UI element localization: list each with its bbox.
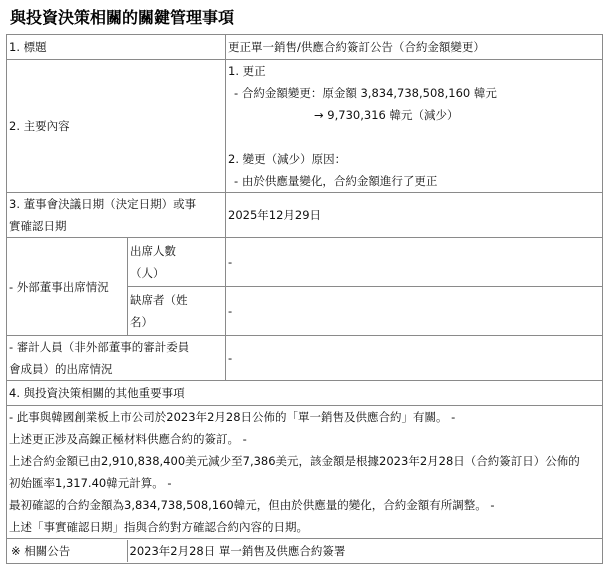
attendees-count-value: - (226, 238, 603, 287)
absentees-label-line1: 缺席者（姓 (130, 289, 223, 311)
related-announcement-table: ※ 相關公告 2023年2月28日 單一銷售及供應合約簽署 (7, 540, 602, 562)
table-row-auditor-attendance: - 審計人員（非外部董事的審計委員 會成員）的出席情況 - (7, 336, 603, 381)
auditor-attendance-value: - (226, 336, 603, 381)
content-line: - 由於供應量變化，合約金額進行了更正 (228, 170, 600, 192)
content-line: 2. 變更（減少）原因： (228, 148, 600, 170)
other-matters-body: - 此事與韓國創業板上市公司於2023年2月28日公佈的「單一銷售及供應合約」有… (7, 406, 603, 539)
content-line: - 合約金額變更：原金額 3,834,738,508,160 韓元 (228, 82, 600, 104)
attendees-label-line1: 出席人數 (130, 240, 223, 262)
absentees-label: 缺席者（姓 名） (128, 287, 226, 336)
other-matters-line: 初始匯率1,317.40韓元計算。 - (9, 472, 600, 494)
page-title: 與投資決策相關的關鍵管理事項 (10, 5, 234, 28)
board-date-label: 3. 董事會決議日期（決定日期）或事 實確認日期 (7, 193, 226, 238)
other-matters-line: - 此事與韓國創業板上市公司於2023年2月28日公佈的「單一銷售及供應合約」有… (9, 406, 600, 428)
table-row-other-matters-heading: 4. 與投資決策相關的其他重要事項 (7, 381, 603, 406)
other-matters-line: 最初確認的合約金額為3,834,738,508,160韓元，但由於供應量的變化，… (9, 494, 600, 516)
main-content-label: 2. 主要內容 (7, 60, 226, 193)
other-matters-heading: 4. 與投資決策相關的其他重要事項 (7, 381, 603, 406)
related-announcement-value: 2023年2月28日 單一銷售及供應合約簽署 (127, 540, 602, 562)
auditor-label-line1: - 審計人員（非外部董事的審計委員 (9, 336, 223, 358)
title-label: 1. 標題 (7, 35, 226, 60)
table-row-other-matters-body: - 此事與韓國創業板上市公司於2023年2月28日公佈的「單一銷售及供應合約」有… (7, 406, 603, 539)
table-row-main-content: 2. 主要內容 1. 更正 - 合約金額變更：原金額 3,834,738,508… (7, 60, 603, 193)
board-date-label-line2: 實確認日期 (9, 215, 223, 237)
board-date-label-line1: 3. 董事會決議日期（決定日期）或事 (9, 193, 223, 215)
related-announcement-label: ※ 相關公告 (7, 540, 127, 562)
table-row-outside-directors-present: - 外部董事出席情況 出席人數 （人） - (7, 238, 603, 287)
absentees-label-line2: 名） (130, 311, 223, 333)
other-matters-line: 上述合約金額已由2,910,838,400美元減少至7,386美元，該金額是根據… (9, 450, 600, 472)
other-matters-line: 上述「事實確認日期」指與合約對方確認合約內容的日期。 (9, 516, 600, 538)
content-line: → 9,730,316 韓元（減少） (228, 104, 600, 126)
table-row-title: 1. 標題 更正單一銷售/供應合約簽訂公告（合約金額變更） (7, 35, 603, 60)
attendees-label-line2: （人） (130, 262, 223, 284)
auditor-label-line2: 會成員）的出席情況 (9, 358, 223, 380)
table-row-board-date: 3. 董事會決議日期（決定日期）或事 實確認日期 2025年12月29日 (7, 193, 603, 238)
title-value: 更正單一銷售/供應合約簽訂公告（合約金額變更） (226, 35, 603, 60)
content-blank-line (228, 126, 600, 148)
board-date-value: 2025年12月29日 (226, 193, 603, 238)
outside-directors-label: - 外部董事出席情況 (7, 238, 128, 336)
content-line: 1. 更正 (228, 60, 600, 82)
disclosure-table: 1. 標題 更正單一銷售/供應合約簽訂公告（合約金額變更） 2. 主要內容 1.… (6, 34, 603, 564)
table-row-related-announcement: ※ 相關公告 2023年2月28日 單一銷售及供應合約簽署 (7, 539, 603, 564)
main-content-value: 1. 更正 - 合約金額變更：原金額 3,834,738,508,160 韓元 … (226, 60, 603, 193)
other-matters-line: 上述更正涉及高鎳正極材料供應合約的簽訂。 - (9, 428, 600, 450)
absentees-value: - (226, 287, 603, 336)
attendees-count-label: 出席人數 （人） (128, 238, 226, 287)
related-announcement-cell: ※ 相關公告 2023年2月28日 單一銷售及供應合約簽署 (7, 539, 603, 564)
auditor-attendance-label: - 審計人員（非外部董事的審計委員 會成員）的出席情況 (7, 336, 226, 381)
